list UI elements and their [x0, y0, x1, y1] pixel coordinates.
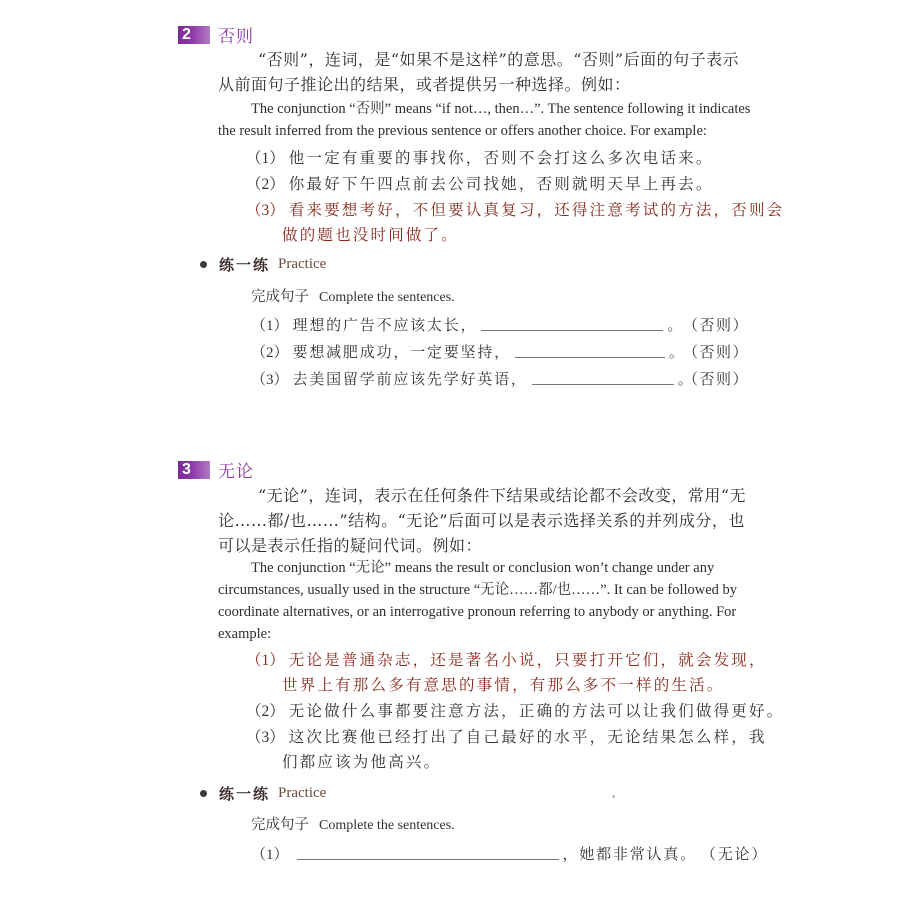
explanation-zh-line: 可以是表示任指的疑问代词。例如：: [218, 534, 482, 558]
practice-heading: 练一练 Practice: [200, 254, 326, 275]
answer-blank[interactable]: [481, 316, 663, 331]
section-title: 否则: [218, 22, 254, 47]
answer-blank[interactable]: [297, 845, 559, 860]
practice-hint: （否则）: [683, 314, 749, 335]
bullet-icon: [200, 261, 207, 268]
explanation-en-line: the result inferred from the previous se…: [218, 120, 707, 142]
example-sentence-continuation: 世界上有那么多有意思的事情，有那么多不一样的生活。: [282, 672, 725, 698]
section-heading-3: 3 无论: [178, 457, 254, 482]
example-sentence: （3）这次比赛他已经打出了自己最好的水平，无论结果怎么样，我: [246, 724, 767, 751]
section-title: 无论: [218, 457, 254, 482]
example-sentence-highlighted: （3）看来要想考好，不但要认真复习，还得注意考试的方法，否则会: [246, 197, 784, 224]
explanation-zh-line: “否则”，连词，是“如果不是这样”的意思。“否则”后面的句子表示: [258, 48, 739, 72]
explanation-en-line: The conjunction “无论” means the result or…: [251, 557, 714, 579]
explanation-zh-line: 从前面句子推论出的结果，或者提供另一种选择。例如：: [218, 73, 631, 97]
practice-item: （3） 去美国留学前应该先学好英语， 。: [251, 368, 695, 389]
explanation-en-line: example:: [218, 623, 271, 645]
practice-instruction: 完成句子Complete the sentences.: [251, 285, 455, 306]
practice-hint: （否则）: [683, 368, 749, 389]
explanation-en-line: circumstances, usually used in the struc…: [218, 579, 737, 601]
section-number-badge: 3: [178, 461, 210, 479]
example-sentence: （1）他一定有重要的事找你，否则不会打这么多次电话来。: [246, 145, 714, 172]
scan-artifact: [612, 795, 615, 798]
practice-heading: 练一练 Practice: [200, 783, 326, 804]
bullet-icon: [200, 790, 207, 797]
example-sentence: （2）你最好下午四点前去公司找她，否则就明天早上再去。: [246, 171, 714, 198]
example-sentence-continuation: 们都应该为他高兴。: [282, 749, 441, 775]
answer-blank[interactable]: [532, 370, 674, 385]
section-number-badge: 2: [178, 26, 210, 44]
practice-hint: （否则）: [683, 341, 749, 362]
practice-item: （2） 要想减肥成功，一定要坚持， 。: [251, 341, 686, 362]
example-sentence-highlighted: （1）无论是普通杂志，还是著名小说，只要打开它们，就会发现，: [246, 647, 767, 674]
practice-instruction: 完成句子Complete the sentences.: [251, 813, 455, 834]
example-sentence: （2）无论做什么事都要注意方法，正确的方法可以让我们做得更好。: [246, 698, 784, 725]
textbook-page: 2 否则 “否则”，连词，是“如果不是这样”的意思。“否则”后面的句子表示 从前…: [0, 0, 900, 900]
answer-blank[interactable]: [515, 343, 665, 358]
explanation-zh-line: 论……都/也……”结构。“无论”后面可以是表示选择关系的并列成分，也: [218, 509, 745, 533]
explanation-zh-line: “无论”，连词，表示在任何条件下结果或结论都不会改变，常用“无: [258, 484, 746, 508]
explanation-en-line: coordinate alternatives, or an interroga…: [218, 601, 736, 623]
practice-item: （1） ，她都非常认真。 （无论）: [251, 843, 768, 864]
section-heading-2: 2 否则: [178, 22, 254, 47]
practice-hint: （无论）: [701, 843, 768, 864]
section-number: 2: [178, 26, 191, 44]
explanation-en-line: The conjunction “否则” means “if not…, the…: [251, 98, 750, 120]
example-sentence-continuation: 做的题也没时间做了。: [282, 222, 459, 248]
practice-item: （1） 理想的广告不应该太长， 。: [251, 314, 684, 335]
section-number: 3: [178, 461, 191, 479]
